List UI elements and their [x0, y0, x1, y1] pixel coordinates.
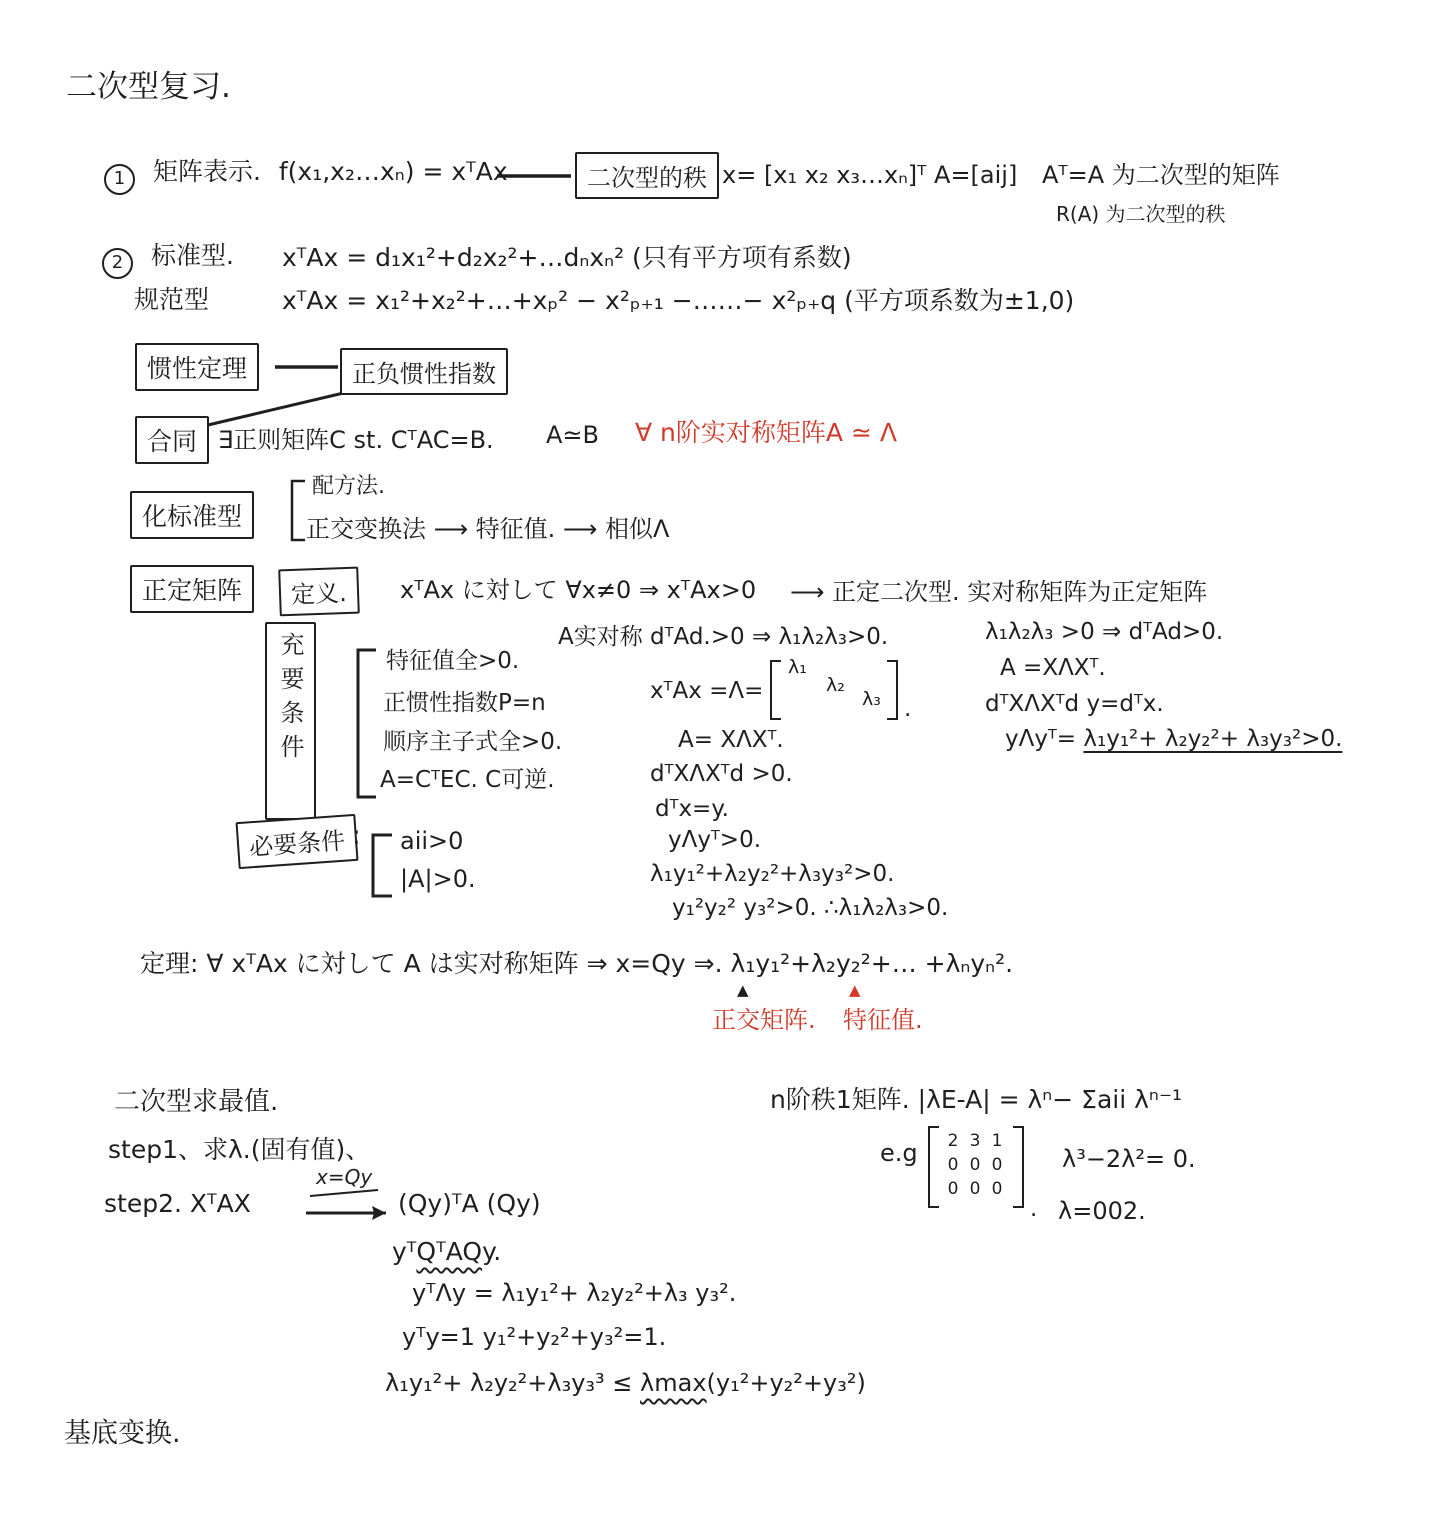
- derive-right-line1: λ₁λ₂λ₃ >0 ⇒ dᵀAd>0.: [985, 619, 1223, 645]
- derive-right-line4: yΛyᵀ= λ₁y₁²+ λ₂y₂²+ λ₃y₃²>0.: [1005, 726, 1342, 752]
- deriv-line4: λ₁y₁²+ λ₂y₂²+λ₃y₃³ ≤ λmax(y₁²+y₂²+y₃²): [385, 1370, 866, 1398]
- sec2-formula1: xᵀAx = d₁x₁²+d₂x₂²+…dₙxₙ² (只有平方项有系数): [282, 244, 852, 273]
- bullet-2-icon: 2: [102, 248, 133, 279]
- derive-mid-line1: xᵀAx =Λ=: [650, 678, 763, 704]
- iff-item-4: A=CᵀEC. C可逆.: [380, 767, 555, 793]
- congruent-relation: A≃B: [546, 422, 599, 450]
- derive-mid-line4: dᵀx=y.: [655, 796, 729, 822]
- derive-mid-line6: λ₁y₁²+λ₂y₂²+λ₃y₃²>0.: [650, 861, 894, 887]
- sec1-a-symmetric: Aᵀ=A 为二次型的矩阵: [1042, 162, 1280, 190]
- congruent-box: 合同: [135, 416, 209, 464]
- posdef-def-box: 定义.: [278, 567, 359, 617]
- derive-right-line4-sum: λ₁y₁²+ λ₂y₂²+ λ₃y₃²>0.: [1083, 726, 1342, 752]
- necessary-box: 必要条件: [236, 814, 359, 869]
- derive-right-line3: dᵀXΛXᵀd y=dᵀx.: [985, 691, 1164, 717]
- left-bracket-icon: [770, 660, 781, 720]
- sec1-rank-note: R(A) 为二次型的秩: [1056, 203, 1226, 226]
- deriv-line1-QtAQ: QᵀAQ: [416, 1237, 482, 1266]
- rank1-roots: λ=002.: [1058, 1198, 1146, 1226]
- deriv-line4-lambdamax: λmax: [640, 1369, 707, 1397]
- congruent-red-note: ∀ n阶实对称矩阵A ≃ Λ: [635, 419, 897, 448]
- necessary-colon: :: [352, 822, 361, 852]
- right-bracket-icon: [1013, 1126, 1024, 1208]
- footer-note: 基底变换.: [64, 1418, 181, 1449]
- matrix-cell: 0: [964, 1155, 986, 1179]
- deriv-line2: yᵀΛy = λ₁y₁²+ λ₂y₂²+λ₃ y₃².: [412, 1280, 736, 1308]
- triangle-red-icon: ▲: [849, 981, 861, 999]
- handwritten-notes-page: 二次型复习. 1 矩阵表示. f(x₁,x₂…xₙ) = xᵀAx 二次型的秩 …: [0, 0, 1440, 1513]
- deriv-line3: yᵀy=1 y₁²+y₂²+y₃²=1.: [402, 1324, 666, 1352]
- sec2-line1: 2 标准型.: [102, 242, 234, 279]
- derive-mid-line7: y₁²y₂² y₃²>0. ∴λ₁λ₂λ₃>0.: [672, 895, 948, 921]
- diag-matrix: λ₁ λ₂ λ₃: [770, 660, 898, 720]
- substitution-label: x=Qy: [316, 1166, 372, 1189]
- right-bracket-icon: [887, 660, 898, 720]
- deriv-line4-rhs: (y₁²+y₂²+y₃²): [707, 1369, 866, 1397]
- derive-mid-line1-lhs: xᵀAx =Λ=: [650, 678, 763, 704]
- minmax-title: 二次型求最值.: [114, 1088, 278, 1118]
- diag-lambda1: λ₁: [788, 656, 807, 678]
- bullet-1-icon: 1: [104, 164, 135, 195]
- rank1-matrix-dot: .: [1030, 1196, 1037, 1222]
- iff-item-3: 顺序主子式全>0.: [383, 729, 562, 755]
- rank-box: 二次型的秩: [575, 152, 719, 199]
- triangle-black-icon: ▲: [737, 981, 749, 999]
- theorem-red-note1: 正交矩阵.: [712, 1007, 816, 1035]
- diag-lambda2: λ₂: [826, 674, 845, 696]
- sec1-formula: f(x₁,x₂…xₙ) = xᵀAx: [279, 157, 508, 186]
- left-bracket-icon: [928, 1126, 939, 1208]
- derive-right-line2: A =XΛXᵀ.: [1000, 655, 1106, 681]
- matrix-cell: 0: [986, 1179, 1008, 1203]
- theorem-rhs: λ₁y₁²+λ₂y₂²+… +λₙyₙ².: [731, 949, 1014, 978]
- derive-mid-line2: A= XΛXᵀ.: [678, 727, 784, 753]
- inertia-theorem-box: 惯性定理: [135, 343, 259, 391]
- matrix-cell: 3: [964, 1131, 986, 1155]
- posdef-result: ⟶ 正定二次型. 实对称矩阵为正定矩阵: [790, 579, 1207, 607]
- iff-box: 充要条件: [265, 622, 316, 820]
- rank1-eg: e.g: [880, 1140, 918, 1168]
- deriv-line4-lhs: λ₁y₁²+ λ₂y₂²+λ₃y₃³ ≤: [385, 1369, 640, 1397]
- matrix-cell: 1: [986, 1131, 1008, 1155]
- minmax-step2: step2. XᵀAX: [104, 1190, 251, 1219]
- derive-mid-line1-dot: .: [904, 696, 911, 722]
- matrix-cells: 2 3 1 0 0 0 0 0 0: [942, 1131, 1008, 1203]
- sec2-label2: 规范型: [134, 286, 209, 315]
- matrix-cell: 0: [986, 1155, 1008, 1179]
- theorem-line: 定理: ∀ xᵀAx に対して A は实对称矩阵 ⇒ x=Qy ⇒. λ₁y₁²…: [140, 950, 1013, 979]
- sec2-formula2: xᵀAx = x₁²+x₂²+…+xₚ² − x²ₚ₊₁ −……− x²ₚ₊q …: [282, 287, 1074, 316]
- matrix-cell: 2: [942, 1131, 964, 1155]
- sec1-label: 矩阵表示.: [153, 157, 261, 186]
- deriv-line1-yT: yᵀ: [392, 1237, 416, 1266]
- sec2-label1: 标准型.: [151, 241, 234, 270]
- iff-item-2: 正惯性指数P=n: [383, 690, 546, 716]
- necessary-item-1: aii>0: [400, 828, 463, 856]
- standardize-method1: 配方法.: [312, 474, 385, 499]
- theorem-body: 定理: ∀ xᵀAx に対して A は实对称矩阵 ⇒ x=Qy ⇒.: [140, 949, 731, 978]
- posdef-definition: xᵀAx に対して ∀x≠0 ⇒ xᵀAx>0: [400, 577, 756, 605]
- standardize-method2: 正交变换法 ⟶ 特征值. ⟶ 相似Λ: [306, 516, 669, 544]
- theorem-red-note2: 特征值.: [843, 1007, 923, 1035]
- example-matrix: 2 3 1 0 0 0 0 0 0: [928, 1126, 1024, 1208]
- derive-mid-line3: dᵀXΛXᵀd >0.: [650, 761, 793, 787]
- matrix-cell: 0: [942, 1179, 964, 1203]
- derive-mid-line5: yΛyᵀ>0.: [668, 827, 761, 853]
- matrix-cell: 0: [942, 1155, 964, 1179]
- congruent-body: ∃正则矩阵C st. CᵀAC=B.: [218, 427, 494, 455]
- rank1-char-eq: λ³−2λ²= 0.: [1062, 1146, 1196, 1174]
- sec1-x-def: x= [x₁ x₂ x₃…xₙ]ᵀ A=[aij]: [722, 162, 1017, 190]
- derive-mid-head: A实对称 dᵀAd.>0 ⇒ λ₁λ₂λ₃>0.: [558, 624, 888, 650]
- posdef-box: 正定矩阵: [130, 565, 254, 613]
- minmax-step2-rhs: (Qy)ᵀA (Qy): [398, 1190, 541, 1219]
- matrix-cell: 0: [964, 1179, 986, 1203]
- deriv-line1: yᵀQᵀAQy.: [392, 1238, 501, 1267]
- inertia-index-box: 正负惯性指数: [340, 348, 508, 395]
- derive-right-line4-lhs: yΛyᵀ=: [1005, 726, 1083, 752]
- minmax-step1: step1、求λ.(固有值)、: [108, 1136, 370, 1165]
- sec1-line: 1 矩阵表示. f(x₁,x₂…xₙ) = xᵀAx: [104, 158, 508, 195]
- iff-item-1: 特征值全>0.: [386, 648, 519, 674]
- diag-lambda3: λ₃: [862, 688, 881, 710]
- standardize-box: 化标准型: [130, 491, 254, 539]
- necessary-item-2: |A|>0.: [400, 866, 476, 894]
- deriv-line1-y: y.: [482, 1237, 501, 1266]
- rank1-head: n阶秩1矩阵. |λE-A| = λⁿ− Σaii λⁿ⁻¹: [770, 1086, 1182, 1115]
- page-title: 二次型复习.: [66, 70, 231, 106]
